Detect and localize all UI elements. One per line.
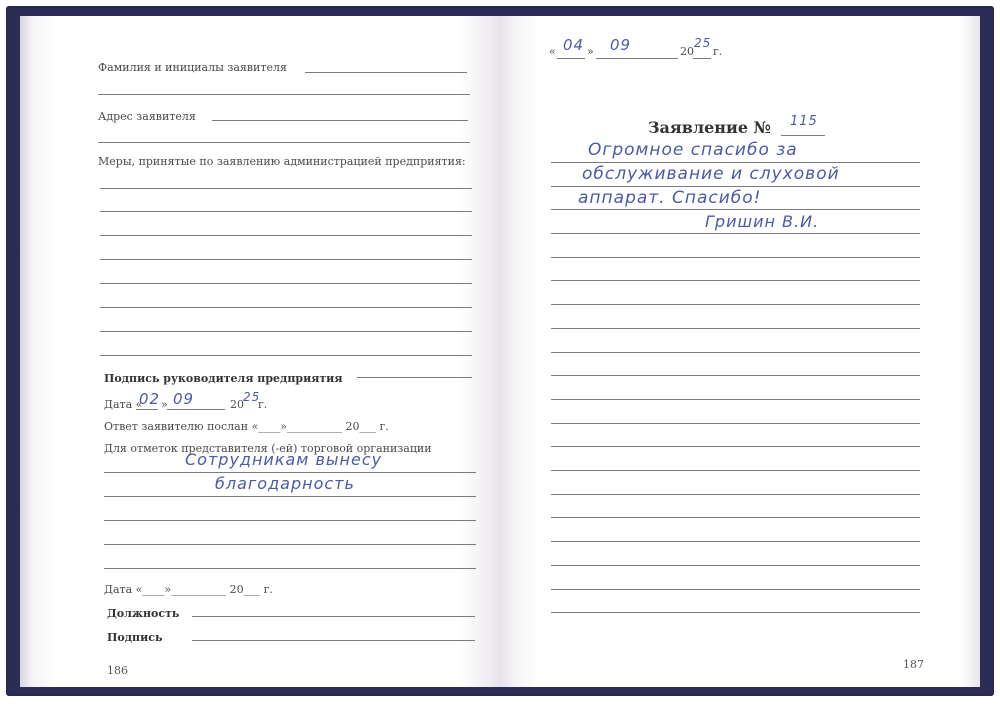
right-date-month-line (596, 58, 678, 59)
measures-line[interactable] (100, 283, 472, 284)
representative-line[interactable] (104, 520, 476, 521)
application-number[interactable]: 115 (790, 114, 818, 129)
representative-line[interactable] (104, 568, 476, 569)
signature-label: Подпись (107, 631, 162, 644)
response-date-day[interactable]: 02 (139, 390, 160, 408)
right-date-suffix: г. (713, 45, 722, 58)
right-date-day[interactable]: 04 (563, 36, 584, 54)
date-year-prefix: 20 (230, 398, 244, 411)
application-line[interactable] (551, 209, 920, 210)
date-day-line (136, 409, 158, 410)
application-line[interactable] (551, 589, 920, 590)
measures-line[interactable] (100, 259, 472, 260)
representative-note-line2[interactable]: благодарность (215, 474, 355, 493)
measures-label: Меры, принятые по заявлению администраци… (98, 155, 466, 168)
applicant-name-label: Фамилия и инициалы заявителя (98, 61, 287, 74)
signature-field[interactable] (192, 640, 475, 641)
application-line[interactable] (551, 375, 920, 376)
application-line[interactable] (551, 162, 920, 163)
application-text-line[interactable]: обслуживание и слуховой (582, 164, 840, 184)
measures-line[interactable] (100, 331, 472, 332)
application-line[interactable] (551, 423, 920, 424)
application-line[interactable] (551, 304, 920, 305)
representative-line[interactable] (104, 472, 476, 473)
book-spine (488, 16, 512, 687)
application-line[interactable] (551, 565, 920, 566)
application-line[interactable] (551, 517, 920, 518)
applicant-name-field-line2[interactable] (98, 94, 470, 95)
application-line[interactable] (551, 494, 920, 495)
application-line[interactable] (551, 446, 920, 447)
application-line[interactable] (551, 186, 920, 187)
date-month-line (167, 409, 225, 410)
applicant-name-field[interactable] (305, 72, 467, 73)
application-text-line[interactable]: Гришин В.И. (705, 212, 819, 231)
measures-line[interactable] (100, 355, 472, 356)
representative-line[interactable] (104, 496, 476, 497)
date-suffix: г. (258, 398, 267, 411)
application-line[interactable] (551, 352, 920, 353)
application-line[interactable] (551, 233, 920, 234)
manager-signature-label: Подпись руководителя предприятия (104, 372, 342, 385)
right-page-number: 187 (903, 658, 924, 671)
position-label: Должность (107, 607, 179, 620)
measures-line[interactable] (100, 188, 472, 189)
applicant-address-field-line2[interactable] (98, 142, 470, 143)
applicant-address-label: Адрес заявителя (98, 110, 196, 123)
bottom-date-label: Дата «____»__________ 20___ г. (104, 583, 273, 596)
application-text-line[interactable]: Огромное спасибо за (588, 140, 798, 160)
position-field[interactable] (192, 616, 475, 617)
representative-line[interactable] (104, 544, 476, 545)
application-title: Заявление № (648, 118, 771, 137)
measures-line[interactable] (100, 307, 472, 308)
application-line[interactable] (551, 257, 920, 258)
application-line[interactable] (551, 470, 920, 471)
manager-signature-field[interactable] (357, 377, 472, 378)
right-date-day-line (557, 58, 585, 59)
application-line[interactable] (551, 280, 920, 281)
right-date-year[interactable]: 25 (694, 36, 711, 50)
application-text-line[interactable]: аппарат. Спасибо! (578, 188, 761, 208)
representative-note-line1[interactable]: Сотрудникам вынесу (185, 450, 382, 469)
application-number-line (781, 135, 825, 136)
application-line[interactable] (551, 541, 920, 542)
measures-line[interactable] (100, 235, 472, 236)
left-page-number: 186 (107, 664, 128, 677)
right-date-close-quote: » (587, 45, 594, 58)
right-date-open-quote: « (549, 45, 556, 58)
measures-line[interactable] (100, 211, 472, 212)
application-line[interactable] (551, 328, 920, 329)
application-line[interactable] (551, 399, 920, 400)
applicant-address-field[interactable] (212, 120, 468, 121)
right-date-month[interactable]: 09 (610, 36, 631, 54)
application-line[interactable] (551, 612, 920, 613)
response-date-month[interactable]: 09 (173, 390, 194, 408)
reply-sent-label: Ответ заявителю послан «____»__________ … (104, 420, 389, 433)
right-date-year-line (693, 58, 711, 59)
right-date-year-prefix: 20 (680, 45, 694, 58)
